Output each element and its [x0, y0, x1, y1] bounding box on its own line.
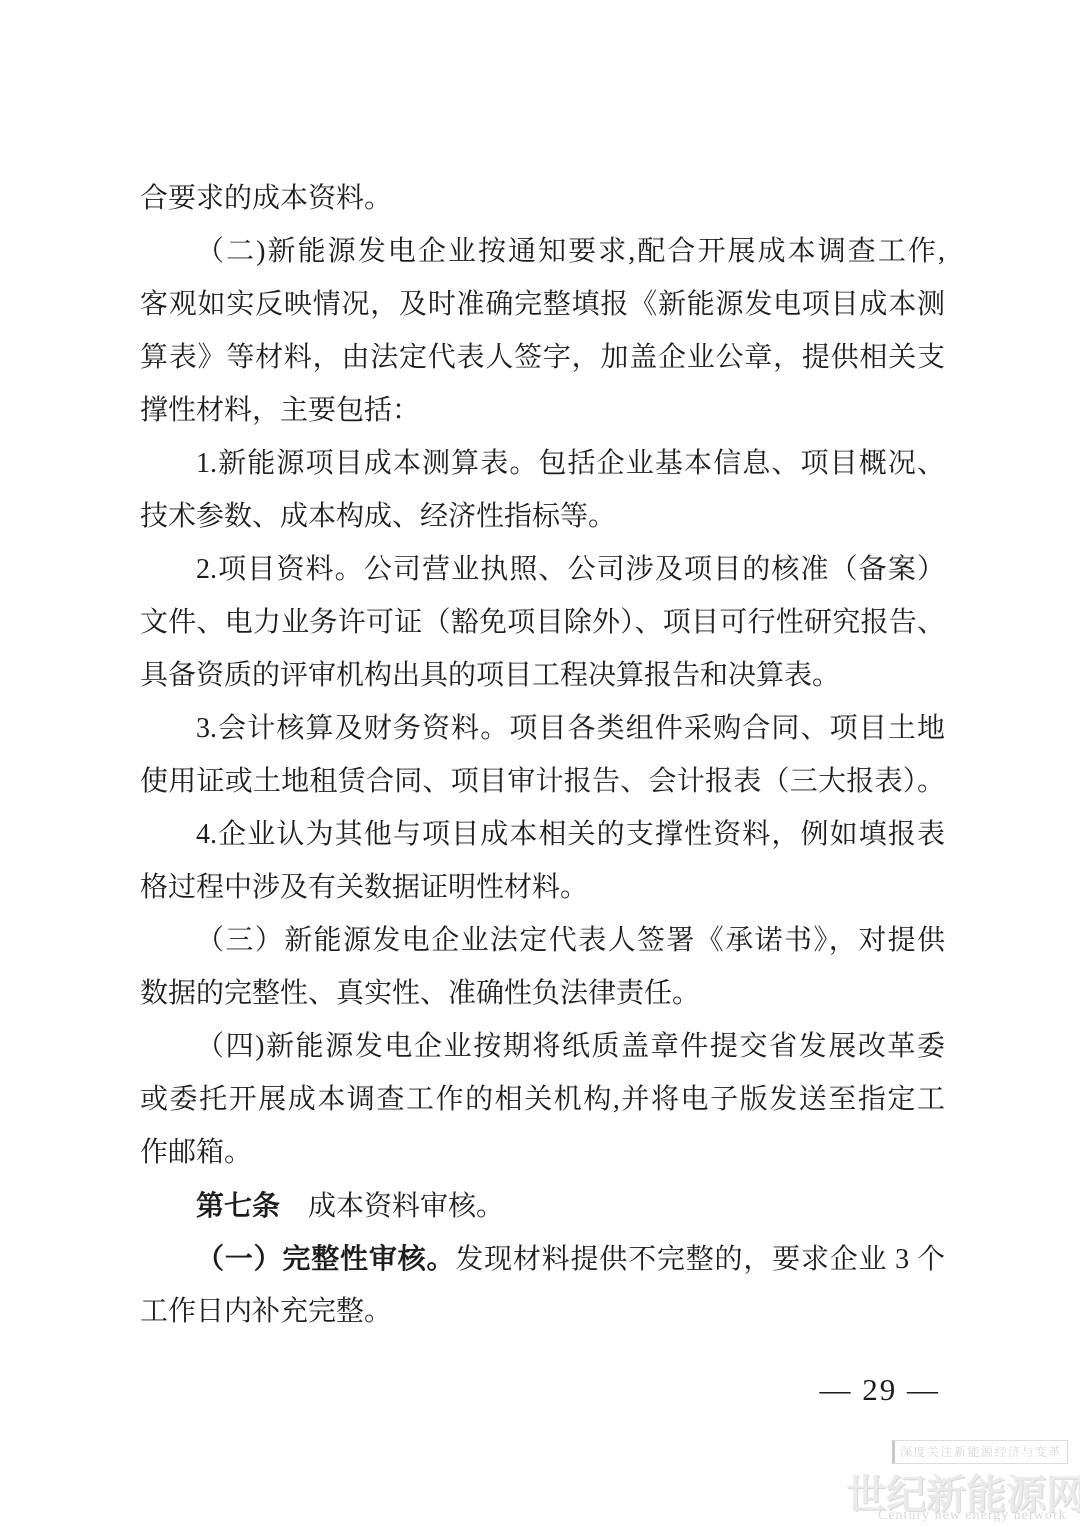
text-line: （四)新能源发电企业按期将纸质盖章件提交省发展改革委: [140, 1020, 945, 1073]
text-line: 4.企业认为其他与项目成本相关的支撑性资料，例如填报表: [140, 808, 945, 861]
clause-body: 发现材料提供不完整的，要求企业 3 个: [455, 1244, 945, 1275]
body-text: 合要求的成本资料。 （二)新能源发电企业按通知要求,配合开展成本调查工作, 客观…: [140, 172, 945, 1338]
text-line: 或委托开展成本调查工作的相关机构,并将电子版发送至指定工: [140, 1073, 945, 1126]
text-line: 合要求的成本资料。: [140, 172, 945, 225]
text-line: 3.会计核算及财务资料。项目各类组件采购合同、项目土地: [140, 702, 945, 755]
text-line: 格过程中涉及有关数据证明性材料。: [140, 861, 945, 914]
text-line: 使用证或土地租赁合同、项目审计报告、会计报表（三大报表）。: [140, 755, 945, 808]
text-line: 技术参数、成本构成、经济性指标等。: [140, 490, 945, 543]
text-line: 1.新能源项目成本测算表。包括企业基本信息、项目概况、: [140, 437, 945, 490]
text-line: 数据的完整性、真实性、准确性负法律责任。: [140, 967, 945, 1020]
text-line: 作邮箱。: [140, 1126, 945, 1179]
watermark: 深度关注新能源经济与变革 世纪新能源网 Century new energy n…: [840, 1436, 1080, 1527]
page-number: — 29 —: [820, 1372, 941, 1408]
text-line: 具备资质的评审机构出具的项目工程决算报告和决算表。: [140, 649, 945, 702]
clause-heading-bold: （一）完整性审核。: [196, 1243, 455, 1274]
text-line: （二)新能源发电企业按通知要求,配合开展成本调查工作,: [140, 225, 945, 278]
text-line-article-heading: 第七条 成本资料审核。: [140, 1179, 945, 1232]
text-line: （三）新能源发电企业法定代表人签署《承诺书》，对提供: [140, 914, 945, 967]
text-line: 2.项目资料。公司营业执照、公司涉及项目的核准（备案）: [140, 543, 945, 596]
watermark-slogan: 深度关注新能源经济与变革: [892, 1440, 1068, 1464]
text-line: 工作日内补充完整。: [140, 1285, 945, 1338]
text-line: 客观如实反映情况，及时准确完整填报《新能源发电项目成本测: [140, 278, 945, 331]
article-title: 成本资料审核。: [280, 1191, 504, 1222]
document-page: 合要求的成本资料。 （二)新能源发电企业按通知要求,配合开展成本调查工作, 客观…: [0, 0, 1080, 1527]
text-line: 撑性材料，主要包括：: [140, 384, 945, 437]
text-line: 算表》等材料，由法定代表人签字，加盖企业公章，提供相关支: [140, 331, 945, 384]
text-line: 文件、电力业务许可证（豁免项目除外）、项目可行性研究报告、: [140, 596, 945, 649]
watermark-tagline: Century new energy network: [878, 1508, 1067, 1524]
text-line: （一）完整性审核。发现材料提供不完整的，要求企业 3 个: [140, 1232, 945, 1285]
article-number-bold: 第七条: [196, 1190, 280, 1221]
